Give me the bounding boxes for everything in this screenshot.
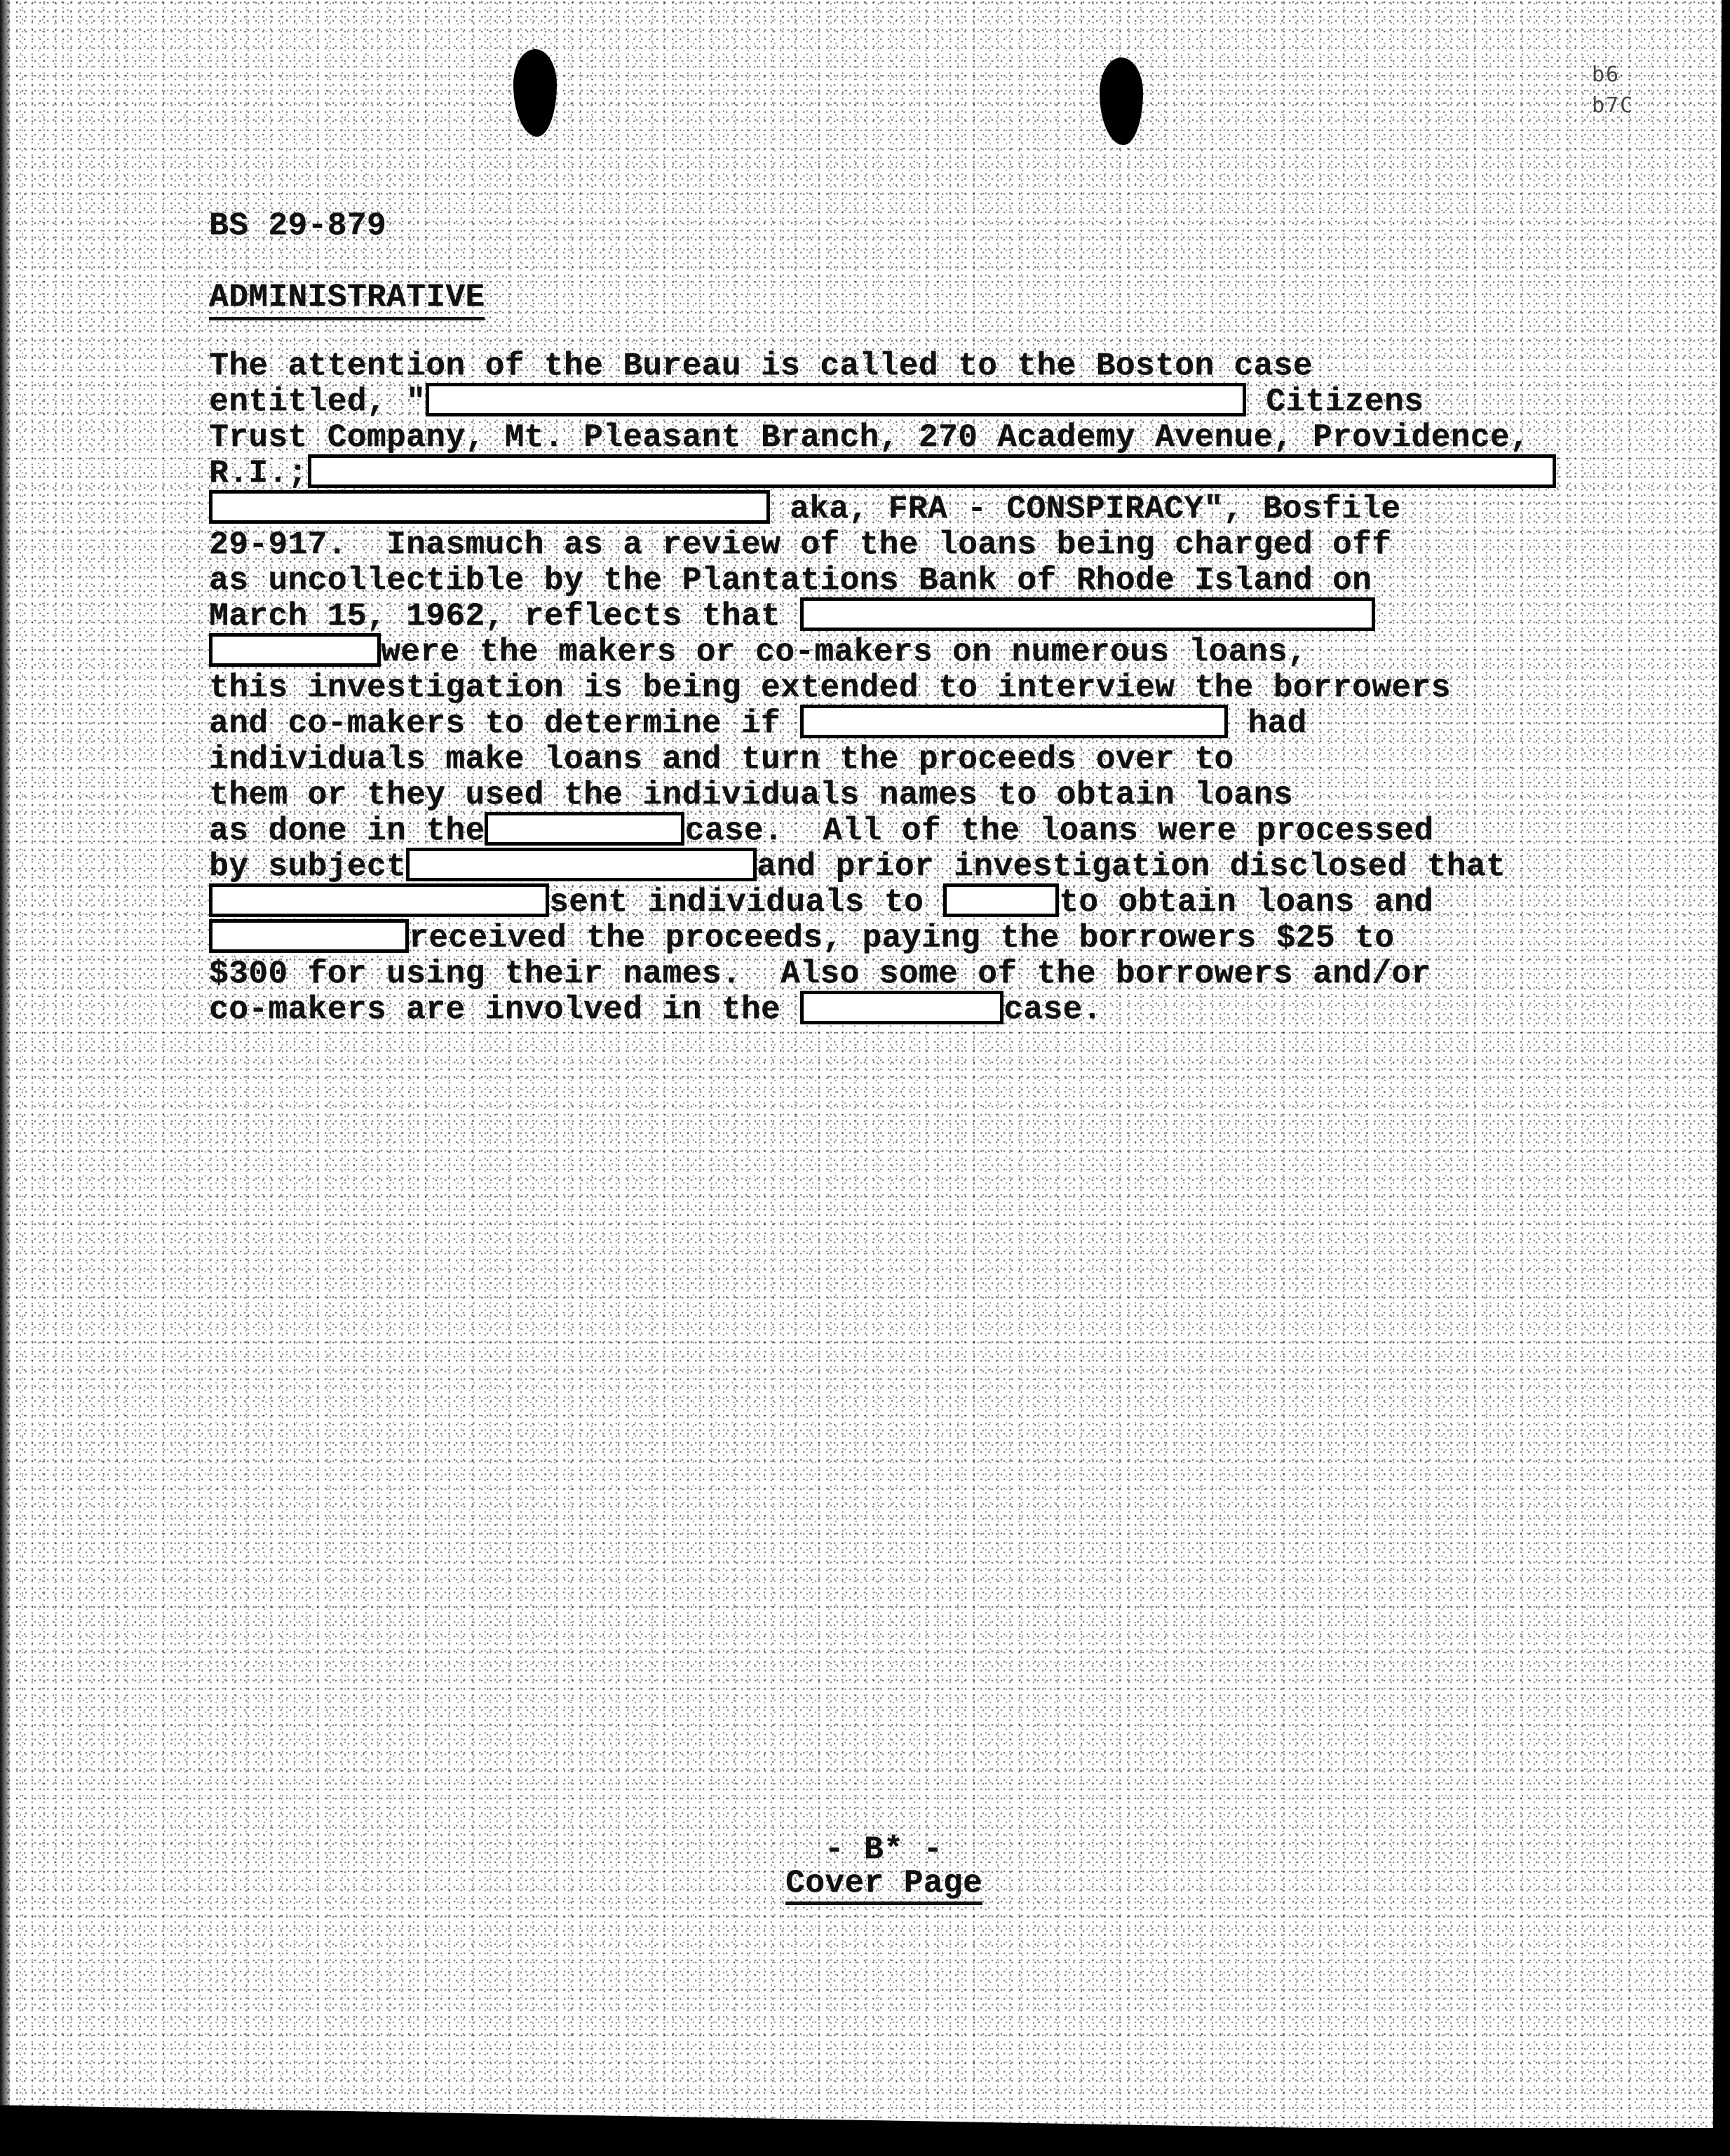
- text-segment: Citizens: [1246, 384, 1424, 420]
- punch-hole-icon: [1100, 57, 1143, 145]
- redaction-box: [308, 454, 1556, 488]
- redaction-box: [800, 597, 1375, 631]
- redaction-box: [209, 919, 409, 953]
- text-segment: entitled, ": [209, 384, 426, 420]
- text-segment: 29-917. Inasmuch as a review of the loan…: [209, 527, 1391, 563]
- text-segment: by subject: [209, 848, 406, 885]
- text-segment: co-makers are involved in the: [209, 991, 800, 1028]
- text-line: sent individuals to to obtain loans and: [209, 885, 1668, 921]
- text-line: were the makers or co-makers on numerous…: [209, 635, 1668, 670]
- text-segment: received the proceeds, paying the borrow…: [409, 920, 1394, 956]
- redaction-box: [406, 848, 757, 881]
- section-heading: ADMINISTRATIVE: [209, 279, 485, 320]
- redaction-box: [209, 883, 549, 917]
- document-page: b6 b7C BS 29-879 ADMINISTRATIVE The atte…: [0, 0, 1722, 2135]
- text-segment: as uncollectible by the Plantations Bank…: [209, 562, 1372, 599]
- redaction-box: [426, 383, 1246, 416]
- text-line: March 15, 1962, reflects that: [209, 599, 1668, 635]
- exemption-code: b6: [1592, 60, 1634, 90]
- redaction-box: [800, 991, 1003, 1024]
- text-line: Trust Company, Mt. Pleasant Branch, 270 …: [209, 420, 1668, 456]
- text-line: The attention of the Bureau is called to…: [209, 348, 1668, 384]
- text-line: 29-917. Inasmuch as a review of the loan…: [209, 527, 1668, 563]
- file-number: BS 29-879: [209, 208, 386, 244]
- text-segment: aka, FRA - CONSPIRACY", Bosfile: [770, 491, 1400, 527]
- text-segment: sent individuals to: [549, 884, 943, 921]
- text-line: entitled, " Citizens: [209, 384, 1668, 420]
- text-line: co-makers are involved in the case.: [209, 992, 1668, 1028]
- redaction-box: [485, 812, 684, 846]
- text-line: by subjectand prior investigation disclo…: [209, 849, 1668, 885]
- text-segment: them or they used the individuals names …: [209, 777, 1293, 813]
- text-line: as uncollectible by the Plantations Bank…: [209, 563, 1668, 599]
- text-segment: individuals make loans and turn the proc…: [209, 741, 1234, 778]
- text-segment: R.I.;: [209, 455, 308, 491]
- text-segment: Trust Company, Mt. Pleasant Branch, 270 …: [209, 419, 1529, 456]
- page-edge-shadow: [0, 0, 10, 2135]
- text-line: and co-makers to determine if had: [209, 706, 1668, 742]
- exemption-code: b7C: [1592, 90, 1634, 121]
- text-line: aka, FRA - CONSPIRACY", Bosfile: [209, 491, 1668, 527]
- text-segment: had: [1228, 705, 1306, 742]
- text-line: $300 for using their names. Also some of…: [209, 956, 1668, 992]
- scan-bottom-border: [0, 2128, 1730, 2156]
- text-segment: and co-makers to determine if: [209, 705, 800, 742]
- text-line: individuals make loans and turn the proc…: [209, 742, 1668, 778]
- text-segment: March 15, 1962, reflects that: [209, 598, 800, 635]
- page-title: Cover Page: [785, 1865, 982, 1905]
- punch-hole-icon: [513, 49, 557, 137]
- text-segment: $300 for using their names. Also some of…: [209, 956, 1431, 992]
- text-segment: were the makers or co-makers on numerous…: [381, 634, 1307, 670]
- text-line: them or they used the individuals names …: [209, 778, 1668, 813]
- text-segment: as done in the: [209, 813, 485, 849]
- text-segment: case. All of the loans were processed: [684, 813, 1433, 849]
- redaction-box: [943, 883, 1059, 917]
- body-paragraph: The attention of the Bureau is called to…: [209, 348, 1668, 1028]
- text-segment: and prior investigation disclosed that: [757, 848, 1506, 885]
- foia-exemption-codes: b6 b7C: [1592, 60, 1634, 121]
- text-segment: this investigation is being extended to …: [209, 670, 1451, 706]
- text-line: as done in thecase. All of the loans wer…: [209, 813, 1668, 849]
- redaction-box: [209, 490, 770, 524]
- redaction-box: [800, 705, 1228, 738]
- text-segment: The attention of the Bureau is called to…: [209, 348, 1313, 384]
- redaction-box: [209, 633, 381, 667]
- text-line: received the proceeds, paying the borrow…: [209, 921, 1668, 956]
- text-line: R.I.;: [209, 456, 1668, 491]
- text-segment: to obtain loans and: [1059, 884, 1433, 921]
- text-line: this investigation is being extended to …: [209, 670, 1668, 706]
- text-segment: case.: [1003, 991, 1102, 1028]
- page-marker: - B* -: [792, 1831, 975, 1868]
